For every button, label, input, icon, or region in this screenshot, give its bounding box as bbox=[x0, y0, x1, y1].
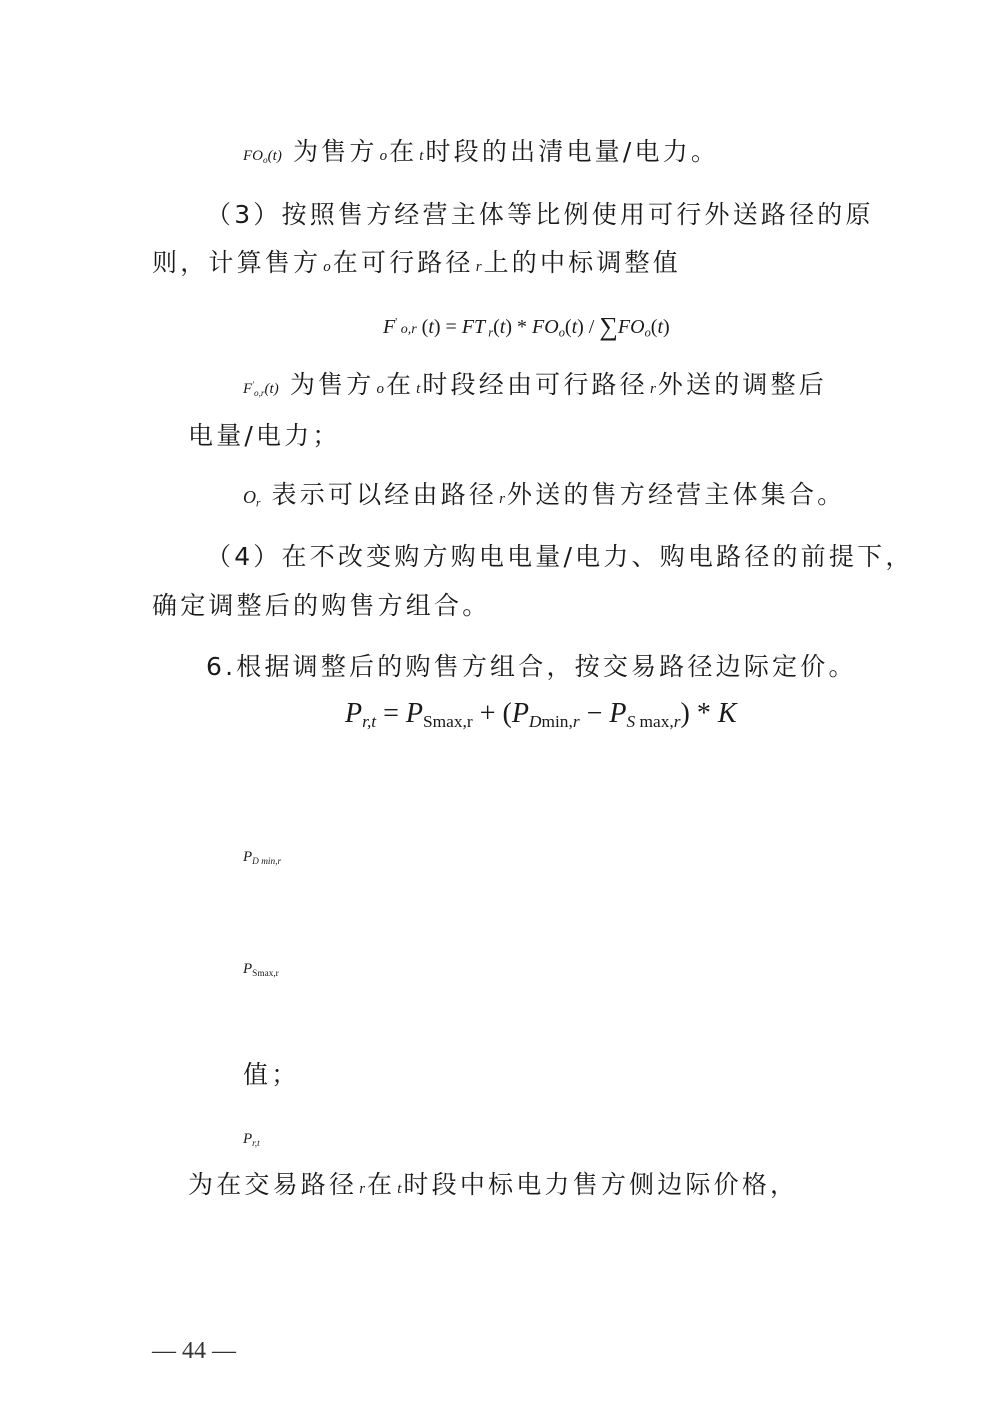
definition-o-r: Or 表示可以经由路径r外送的售方经营主体集合。 bbox=[243, 480, 845, 518]
var-r: r bbox=[650, 381, 656, 397]
math-f-prime-or-t: F'o,r(t) bbox=[243, 381, 279, 397]
equation-marginal-price: Pr,t = PSmax,r + (PDmin,r − PS max,r) * … bbox=[345, 698, 737, 732]
text: 在 bbox=[386, 370, 414, 399]
text: 上的中标调整值 bbox=[484, 248, 681, 277]
var-r: r bbox=[499, 491, 505, 507]
text: 时段中标电力售方侧边际价格， bbox=[403, 1170, 798, 1199]
equation-adjusted-value: F' o,r (t) = FT r(t) * FOo(t) / ∑FOo(t) bbox=[383, 312, 670, 342]
definition-k: 值； bbox=[243, 1060, 299, 1094]
text: 时段经由可行路径 bbox=[422, 370, 648, 399]
text: 外送的售方经营主体集合。 bbox=[507, 480, 845, 509]
definition-p-rt-cont1: 为在交易路径r在t时段中标电力售方侧边际价格， bbox=[188, 1170, 798, 1204]
var-t: t bbox=[397, 1181, 401, 1197]
text: 为售方 bbox=[293, 137, 378, 166]
paragraph-4-line1: （4）在不改变购方购电电量/电力、购电路径的前提下， bbox=[206, 542, 914, 572]
var-o: o bbox=[380, 148, 388, 164]
paragraph-4-line2: 确定调整后的购售方组合。 bbox=[152, 591, 490, 621]
math-p-dmin-r: PD min,r bbox=[243, 849, 281, 865]
var-r: r bbox=[359, 1181, 365, 1197]
definition-f-or-cont: 电量/电力； bbox=[188, 421, 341, 451]
text: 表示可以经由路径 bbox=[272, 480, 498, 509]
definition-fo: FOo(t) 为售方o在t时段的出清电量/电力。 bbox=[243, 137, 719, 176]
text: 外送的调整后 bbox=[658, 370, 827, 399]
paragraph-3-line1: （3）按照售方经营主体等比例使用可行外送路径的原 bbox=[206, 200, 874, 230]
text: 在 bbox=[367, 1170, 395, 1199]
math-fo-o-t: FOo(t) bbox=[243, 148, 282, 164]
text: 为售方 bbox=[290, 370, 375, 399]
definition-p-rt: Pr,t bbox=[243, 1120, 268, 1159]
definition-p-smax: PSmax,r bbox=[243, 950, 283, 989]
page-number: — 44 — bbox=[152, 1338, 236, 1365]
section-6-heading: 6.根据调整后的购售方组合，按交易路径边际定价。 bbox=[206, 652, 857, 682]
paragraph-3-line2: 则，计算售方o在可行路径r上的中标调整值 bbox=[152, 248, 681, 282]
math-o-r: Or bbox=[243, 487, 260, 507]
var-o: o bbox=[323, 259, 331, 275]
var-r: r bbox=[476, 259, 482, 275]
var-o: o bbox=[376, 381, 384, 397]
text: 时段的出清电量/电力。 bbox=[425, 137, 719, 166]
var-t: t bbox=[416, 381, 420, 397]
var-t: t bbox=[419, 148, 423, 164]
text: 值； bbox=[243, 1060, 299, 1089]
definition-f-or: F'o,r(t) 为售方o在t时段经由可行路径r外送的调整后 bbox=[243, 370, 827, 409]
text: 为在交易路径 bbox=[188, 1170, 357, 1199]
text: 在 bbox=[389, 137, 417, 166]
definition-p-dmin: PD min,r bbox=[243, 838, 285, 877]
text: 在可行路径 bbox=[333, 248, 474, 277]
math-p-rt: Pr,t bbox=[243, 1131, 260, 1147]
text: 则，计算售方 bbox=[152, 248, 321, 277]
math-p-smax-r: PSmax,r bbox=[243, 961, 279, 977]
